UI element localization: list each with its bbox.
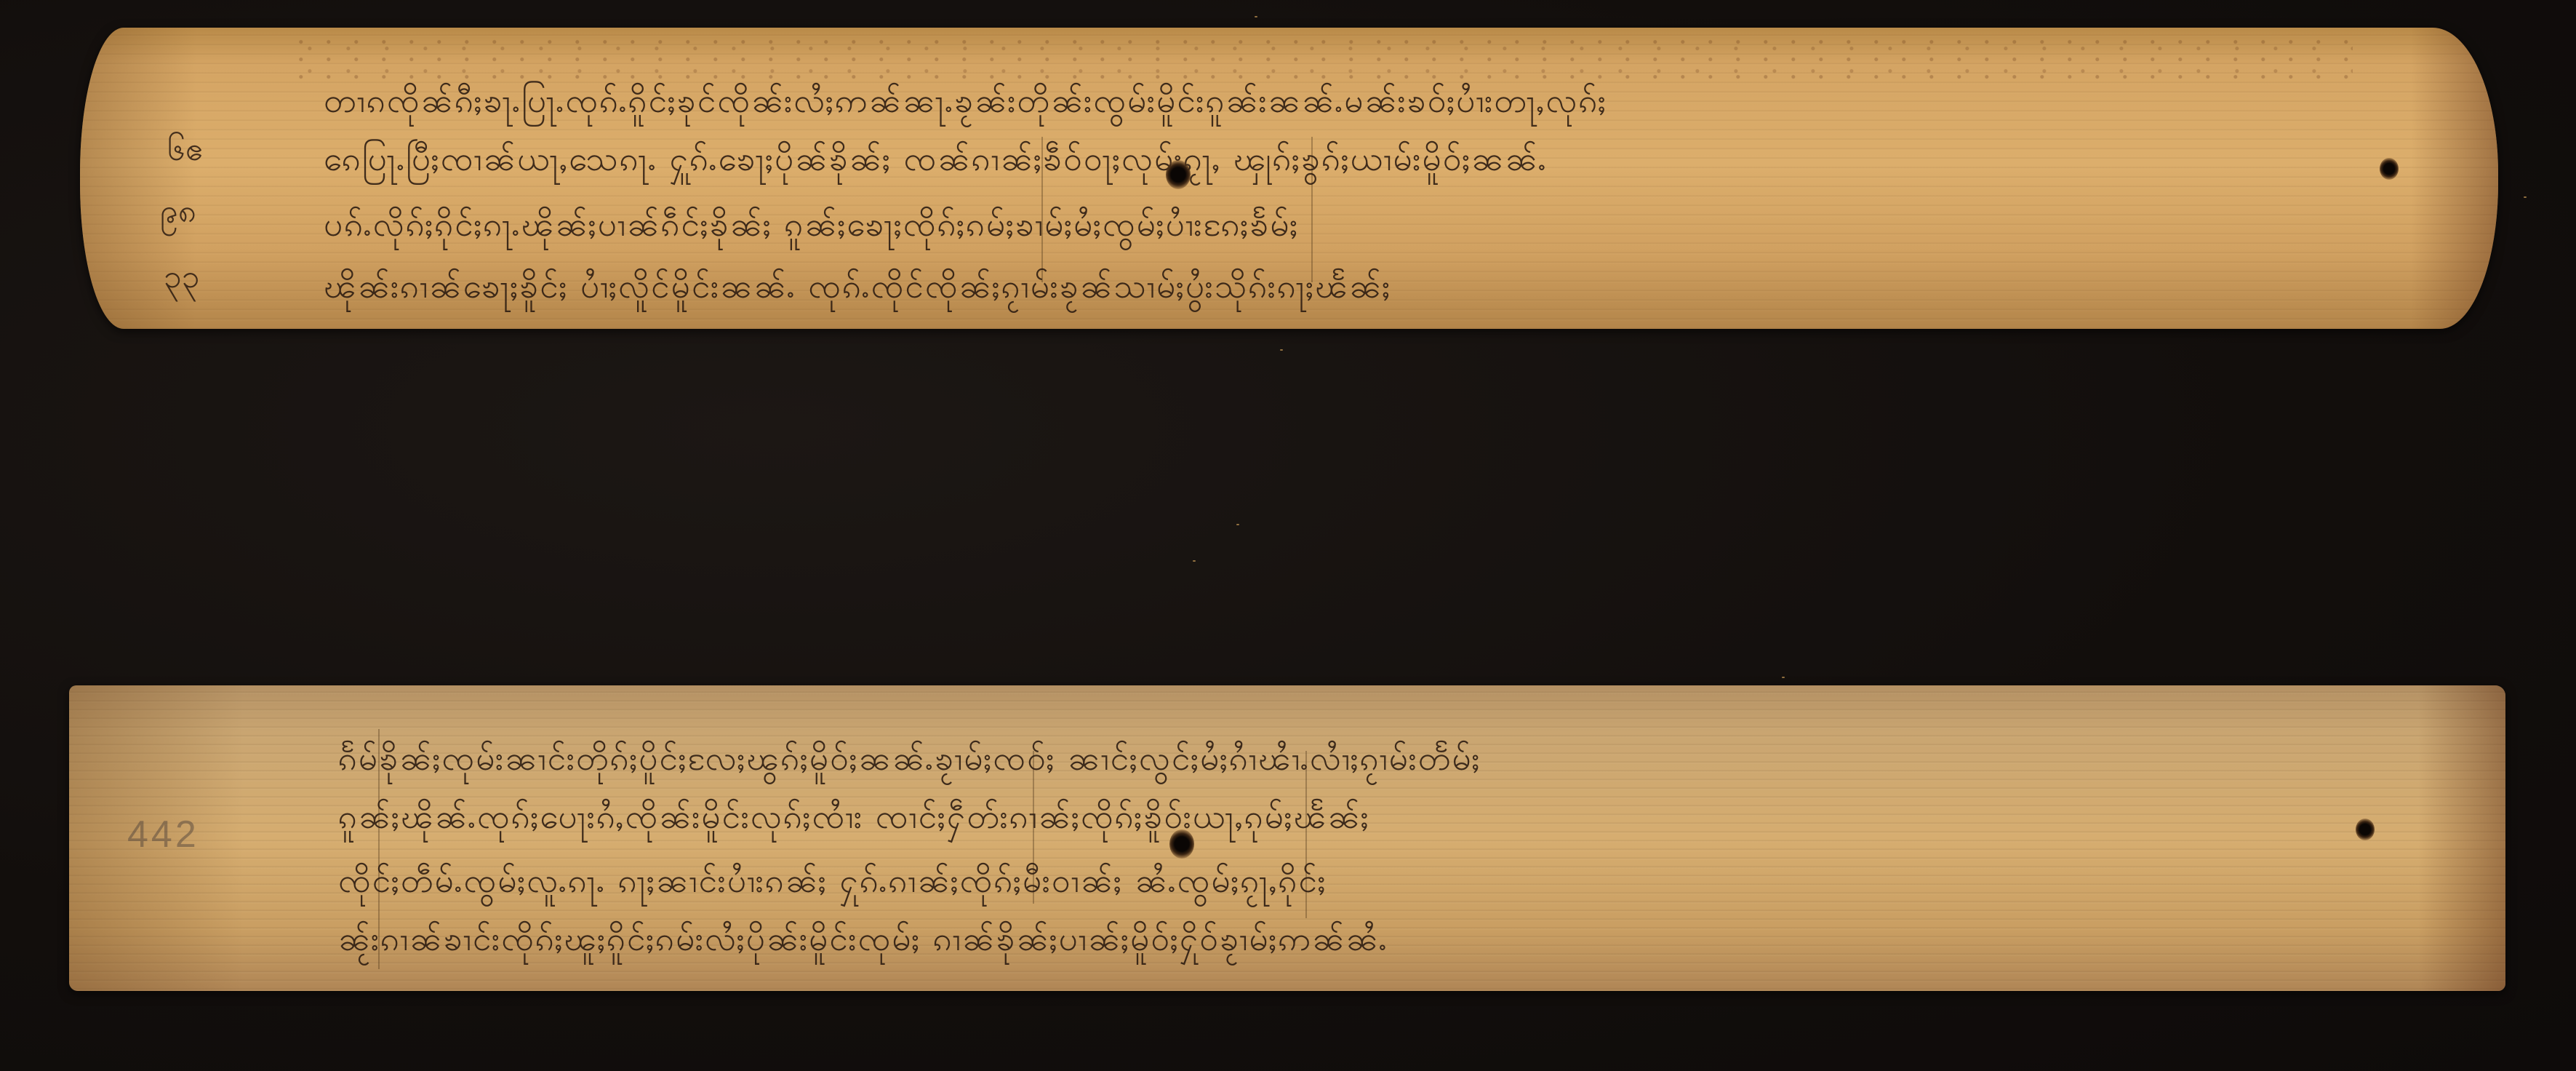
script-line-4: ၽိုၼ်းၵၢၼ်ၶေႃႈၶိူင်ႈ ပၢႆႈလိူင်မိူင်းၼၼ်ႉ…: [324, 264, 1391, 308]
lint-speck: [2524, 196, 2527, 198]
script-line-3: ၸိုင်ႈတဵမ်ႉၸွမ်ႈလူႉၵႃႉ ၵႃႈၼၢင်းပၢႆးၵၼ်ႈ …: [338, 859, 1327, 902]
palm-leaf-top: ၆ဧ ၉၈ ၃၃ တၢၵၸိုၼ်ၵီႈၶႃႉပြႃႉၸုၵ်ႉၵိူင်ႈၶု…: [80, 28, 2498, 329]
photo-stage: ၆ဧ ၉၈ ၃၃ တၢၵၸိုၼ်ၵီႈၶႃႉပြႃႉၸုၵ်ႉၵိူင်ႈၶု…: [0, 0, 2576, 1071]
script-line-4: ၼႂ်းၵၢၼ်ၶၢင်းၸိုၵ်ႈၽူႈၵိူင်ႈၵမ်းလႆႈပိုၼ်…: [338, 917, 1388, 960]
palm-leaf-bottom: 442 ၵႅမ်ၶိုၼ်ႈၸုမ်းၼၢင်းတိုၵ်ႈပိူင်ႈလႄႈၽ…: [69, 685, 2505, 991]
pencil-catalog-mark: 442: [127, 813, 199, 856]
margin-numeral: ၆ဧ: [167, 130, 204, 176]
string-hole: [2356, 819, 2375, 840]
string-hole: [1169, 829, 1194, 859]
script-line-3: ပၵ်ႉလိုၵ်ႈၵိုင်ႈၵႃႉၽိုၼ်ႈပၢၼ်ၵဵင်ႈၶိုၼ်ႈ…: [324, 202, 1299, 246]
edge-stain: [2418, 685, 2505, 991]
lint-speck: [1280, 349, 1283, 351]
margin-numeral: ၉၈: [160, 191, 196, 238]
script-line-1: တၢၵၸိုၼ်ၵီႈၶႃႉပြႃႉၸုၵ်ႉၵိူင်ႈၶုင်ၸိုၼ်းလ…: [324, 79, 1607, 122]
script-line-2: ၵူၼ်ႈၽိုၼ်ႉၸုၵ်ႈပေႃးၵႆႇၸိုၼ်းမိူင်းလုၵ်ႈ…: [338, 795, 1370, 838]
lint-speck: [1193, 560, 1196, 562]
string-hole: [2380, 158, 2399, 180]
script-line-1: ၵႅမ်ၶိုၼ်ႈၸုမ်းၼၢင်းတိုၵ်ႈပိူင်ႈလႄႈၽွၵ်ႈ…: [338, 736, 1481, 780]
script-line-2: ၵေပြႃႉပြီႈၸၢၼ်ယႃႇသေၵႃႉ ႁူၵ်ႉၶေႃႈပိုၼ်ၶို…: [324, 137, 1548, 180]
edge-stain: [2411, 28, 2498, 329]
lint-speck: [1236, 524, 1239, 525]
lint-speck: [1255, 16, 1257, 17]
lint-speck: [1782, 677, 1785, 678]
string-hole: [1166, 160, 1191, 189]
margin-numeral: ၃၃: [164, 257, 200, 303]
